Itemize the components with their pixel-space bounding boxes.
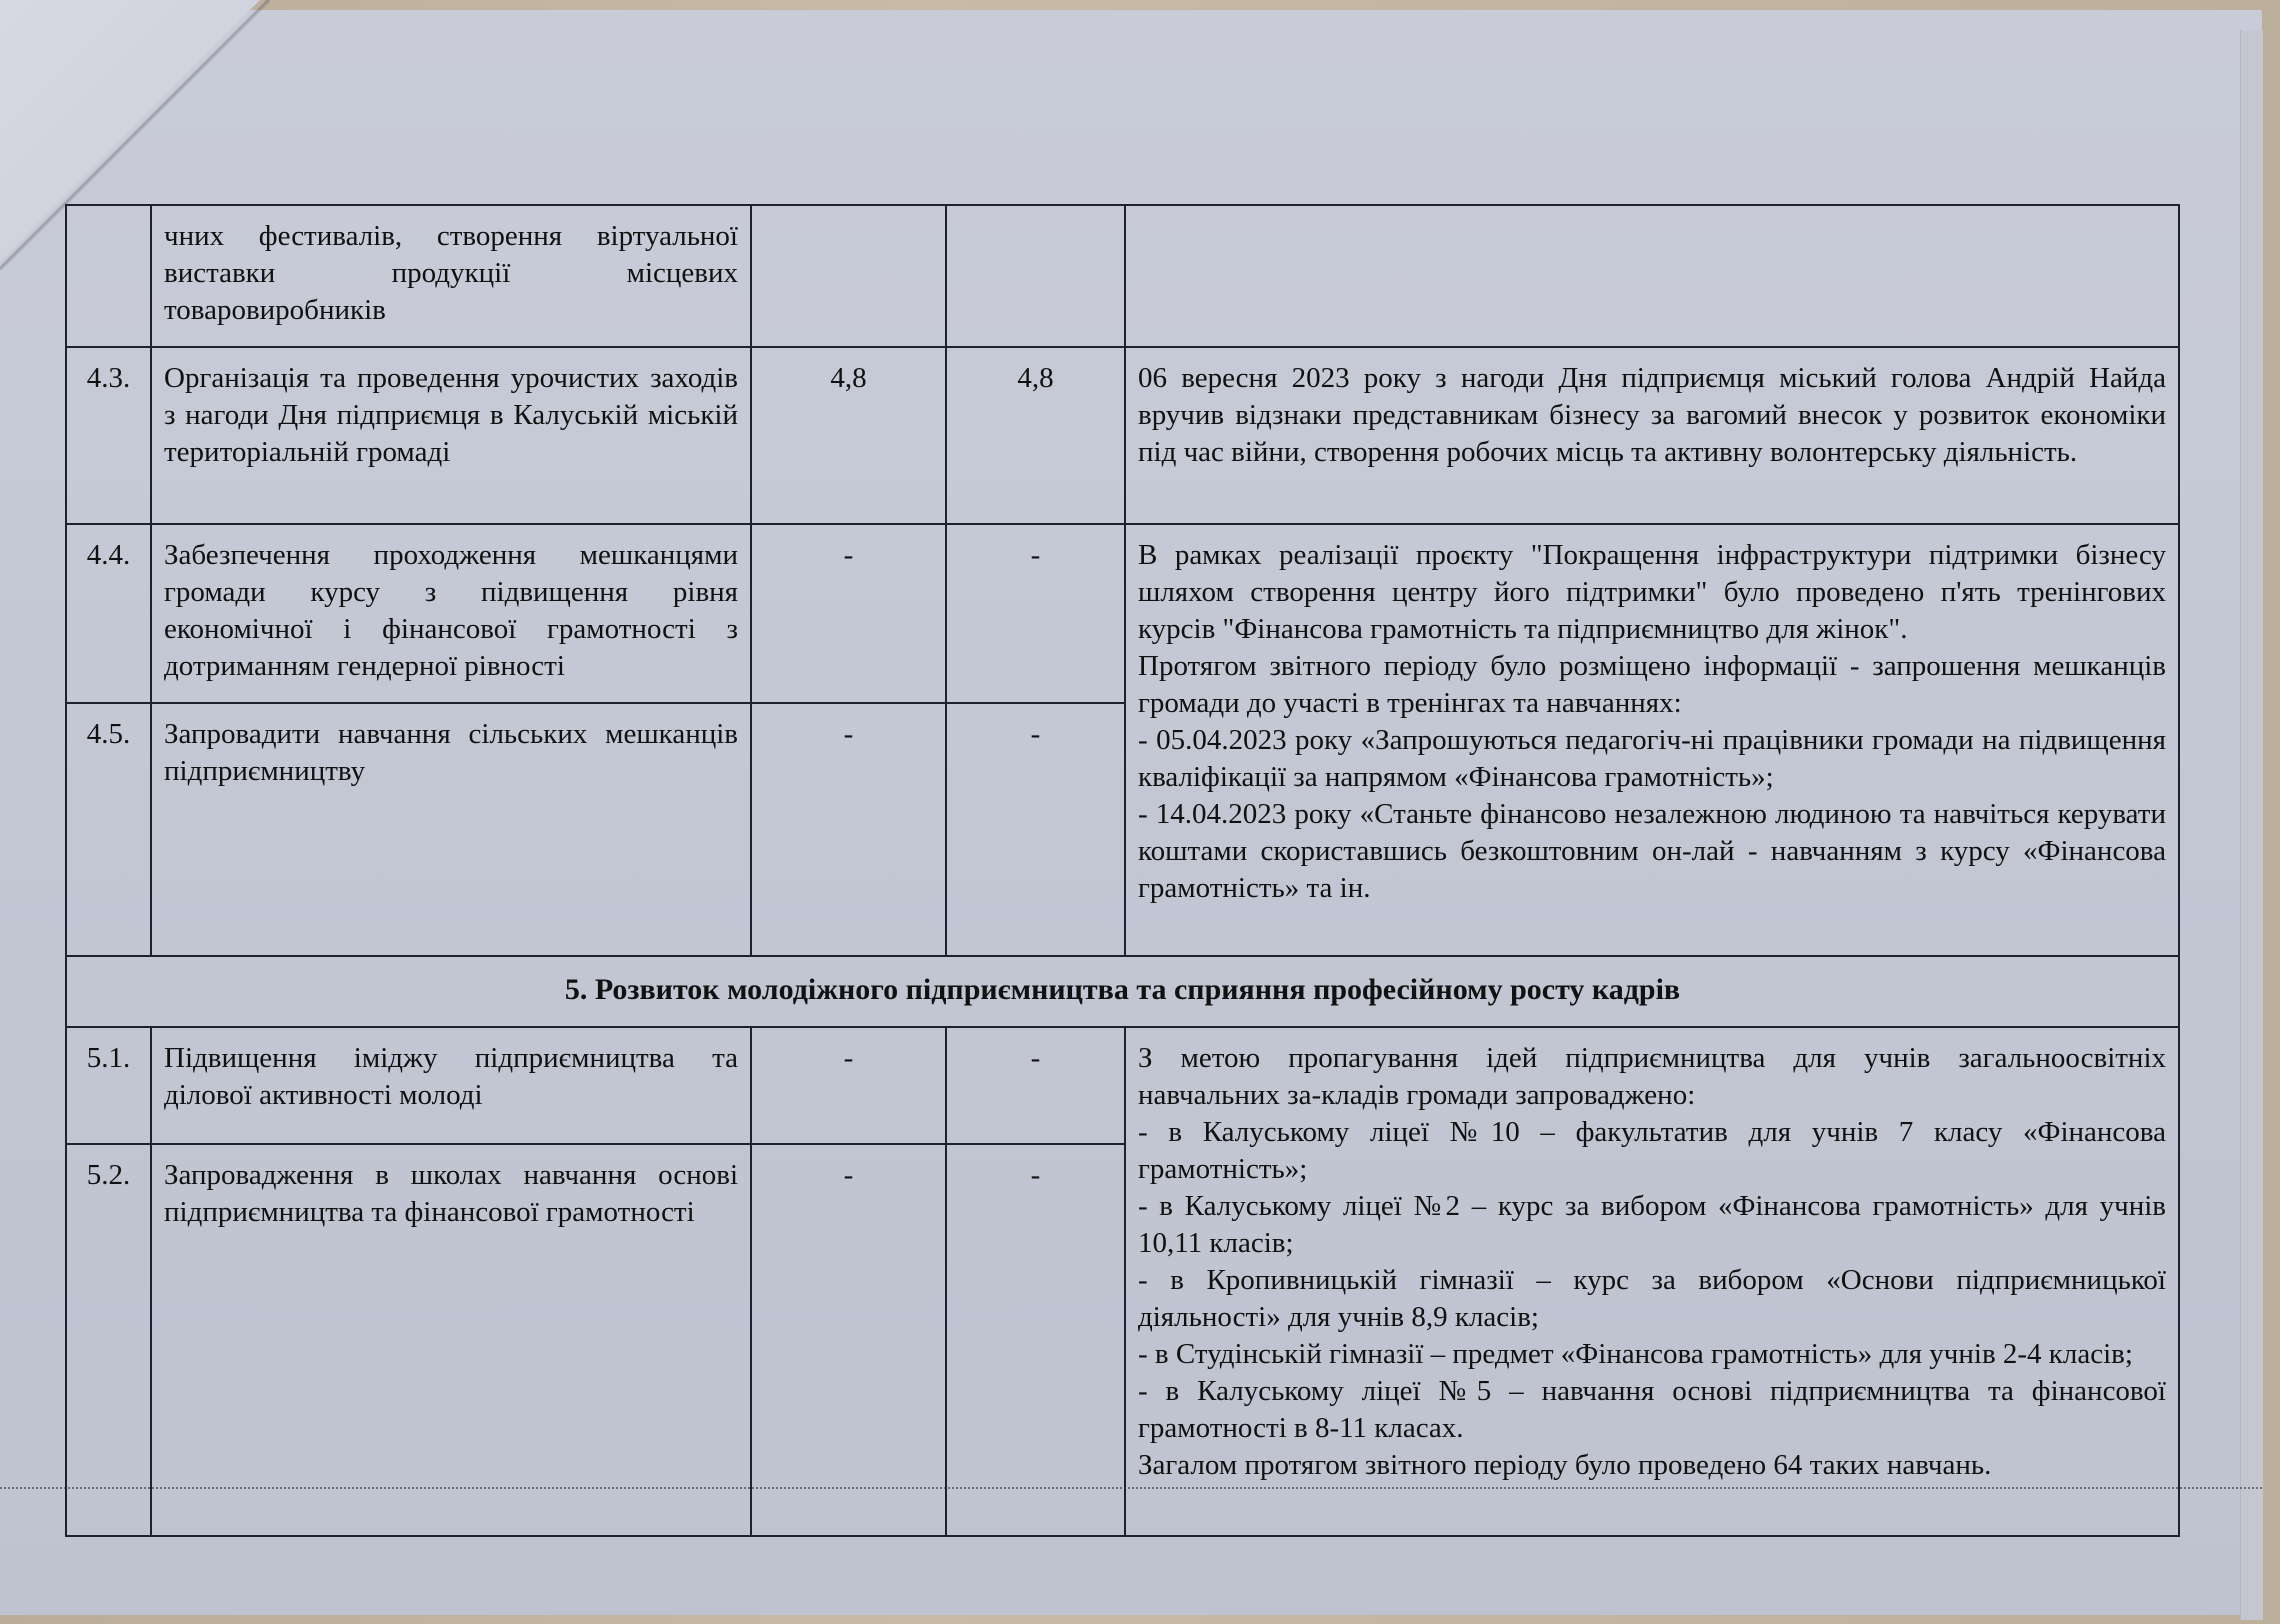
result-paragraph: В рамках реалізації проєкту "Покращення … bbox=[1138, 537, 2166, 648]
actual-value: - bbox=[946, 1144, 1125, 1536]
actual-value: - bbox=[946, 524, 1125, 703]
page-perforation-line bbox=[0, 1487, 2262, 1489]
measure-text: Забезпечення проходження мешканцями гром… bbox=[151, 524, 751, 703]
result-paragraph: - в Калуському ліцеї №5 – навчання основ… bbox=[1138, 1373, 2166, 1447]
result-paragraph: - в Калуському ліцеї №2 – курс за виборо… bbox=[1138, 1188, 2166, 1262]
result-text: З метою пропагування ідей підприємництва… bbox=[1125, 1027, 2179, 1536]
planned-value: - bbox=[751, 1144, 946, 1536]
result-paragraph: - в Кропивницькій гімназії – курс за виб… bbox=[1138, 1262, 2166, 1336]
result-text: 06 вересня 2023 року з нагоди Дня підпри… bbox=[1125, 347, 2179, 524]
section-header-row: 5. Розвиток молодіжного підприємництва т… bbox=[66, 956, 2179, 1027]
page-stack-edge bbox=[2240, 30, 2263, 1620]
actual-value: - bbox=[946, 703, 1125, 956]
result-paragraph: - 05.04.2023 року «Запрошуються педагогі… bbox=[1138, 722, 2166, 796]
result-paragraph: - 14.04.2023 року «Станьте фінансово нез… bbox=[1138, 796, 2166, 907]
row-number: 4.5. bbox=[66, 703, 151, 956]
planned-value bbox=[751, 205, 946, 347]
planned-value: - bbox=[751, 1027, 946, 1144]
result-paragraph: - в Студінській гімназії – предмет «Фіна… bbox=[1138, 1336, 2166, 1373]
row-number bbox=[66, 205, 151, 347]
result-text bbox=[1125, 205, 2179, 347]
table-row: чних фестивалів, створення віртуальної в… bbox=[66, 205, 2179, 347]
row-number: 4.3. bbox=[66, 347, 151, 524]
table-row: 5.1. Підвищення іміджу підприємництва та… bbox=[66, 1027, 2179, 1144]
result-paragraph: - в Калуському ліцеї №10 – факультатив д… bbox=[1138, 1114, 2166, 1188]
table-row: 4.3. Організація та проведення урочистих… bbox=[66, 347, 2179, 524]
result-paragraph: Протягом звітного періоду було розміщено… bbox=[1138, 648, 2166, 722]
planned-value: 4,8 bbox=[751, 347, 946, 524]
row-number: 4.4. bbox=[66, 524, 151, 703]
actual-value: - bbox=[946, 1027, 1125, 1144]
row-number: 5.1. bbox=[66, 1027, 151, 1144]
result-text: В рамках реалізації проєкту "Покращення … bbox=[1125, 524, 2179, 956]
result-paragraph: 06 вересня 2023 року з нагоди Дня підпри… bbox=[1138, 360, 2166, 471]
measure-text: чних фестивалів, створення віртуальної в… bbox=[151, 205, 751, 347]
measure-text: Підвищення іміджу підприємництва та діло… bbox=[151, 1027, 751, 1144]
measure-text: Організація та проведення урочистих захо… bbox=[151, 347, 751, 524]
measure-text: Запровадити навчання сільських мешканців… bbox=[151, 703, 751, 956]
row-number: 5.2. bbox=[66, 1144, 151, 1536]
result-paragraph: З метою пропагування ідей підприємництва… bbox=[1138, 1040, 2166, 1114]
planned-value: - bbox=[751, 524, 946, 703]
measure-text: Запровадження в школах навчання основі п… bbox=[151, 1144, 751, 1536]
planned-value: - bbox=[751, 703, 946, 956]
report-table: чних фестивалів, створення віртуальної в… bbox=[65, 204, 2180, 1537]
result-paragraph: Загалом протягом звітного періоду було п… bbox=[1138, 1447, 2166, 1484]
actual-value: 4,8 bbox=[946, 347, 1125, 524]
section-title: 5. Розвиток молодіжного підприємництва т… bbox=[66, 956, 2179, 1027]
actual-value bbox=[946, 205, 1125, 347]
table-row: 4.4. Забезпечення проходження мешканцями… bbox=[66, 524, 2179, 703]
